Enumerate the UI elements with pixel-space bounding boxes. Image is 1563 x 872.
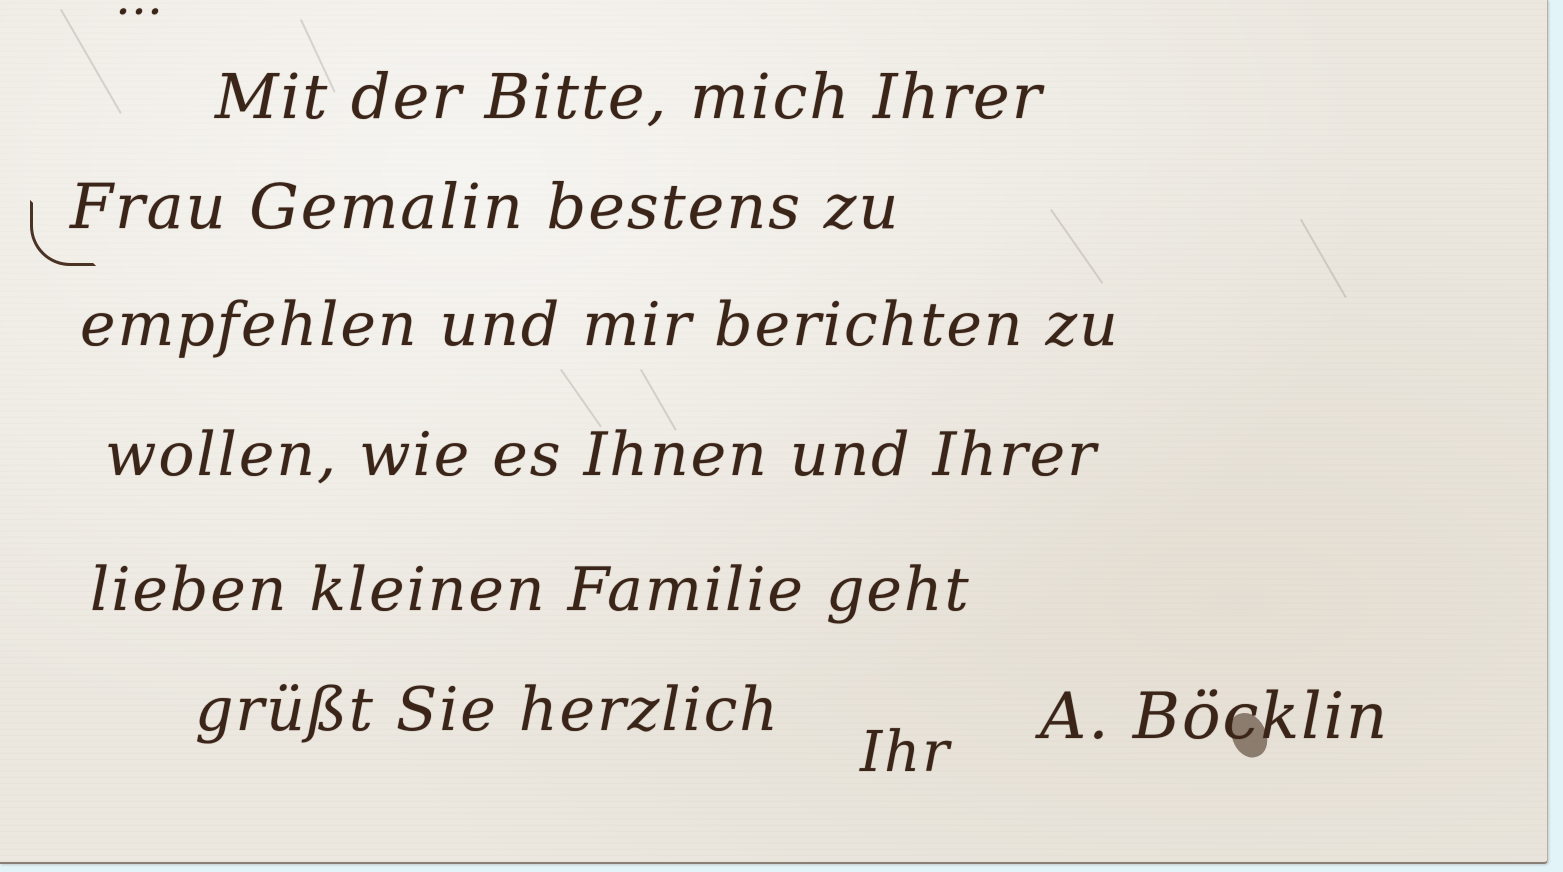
- closing-salutation: Ihr: [860, 720, 951, 785]
- letter-line: wollen, wie es Ihnen und Ihrer: [105, 420, 1098, 490]
- letter-line: grüßt Sie herzlich: [195, 675, 780, 745]
- letter-line-cropped: …: [115, 0, 165, 26]
- show-through-mark: [560, 369, 602, 427]
- show-through-mark: [60, 9, 122, 114]
- signature: A. Böcklin: [1040, 680, 1389, 754]
- letter-line: Frau Gemalin bestens zu: [70, 170, 900, 243]
- scanned-letter: … Mit der Bitte, mich Ihrer Frau Gemalin…: [0, 0, 1563, 872]
- letter-line: lieben kleinen Familie geht: [90, 555, 971, 625]
- show-through-mark: [1050, 209, 1103, 284]
- letter-line: Mit der Bitte, mich Ihrer: [215, 60, 1043, 133]
- paper-sheet: … Mit der Bitte, mich Ihrer Frau Gemalin…: [0, 0, 1548, 864]
- show-through-mark: [1300, 219, 1347, 298]
- letter-line: empfehlen und mir berichten zu: [80, 290, 1120, 360]
